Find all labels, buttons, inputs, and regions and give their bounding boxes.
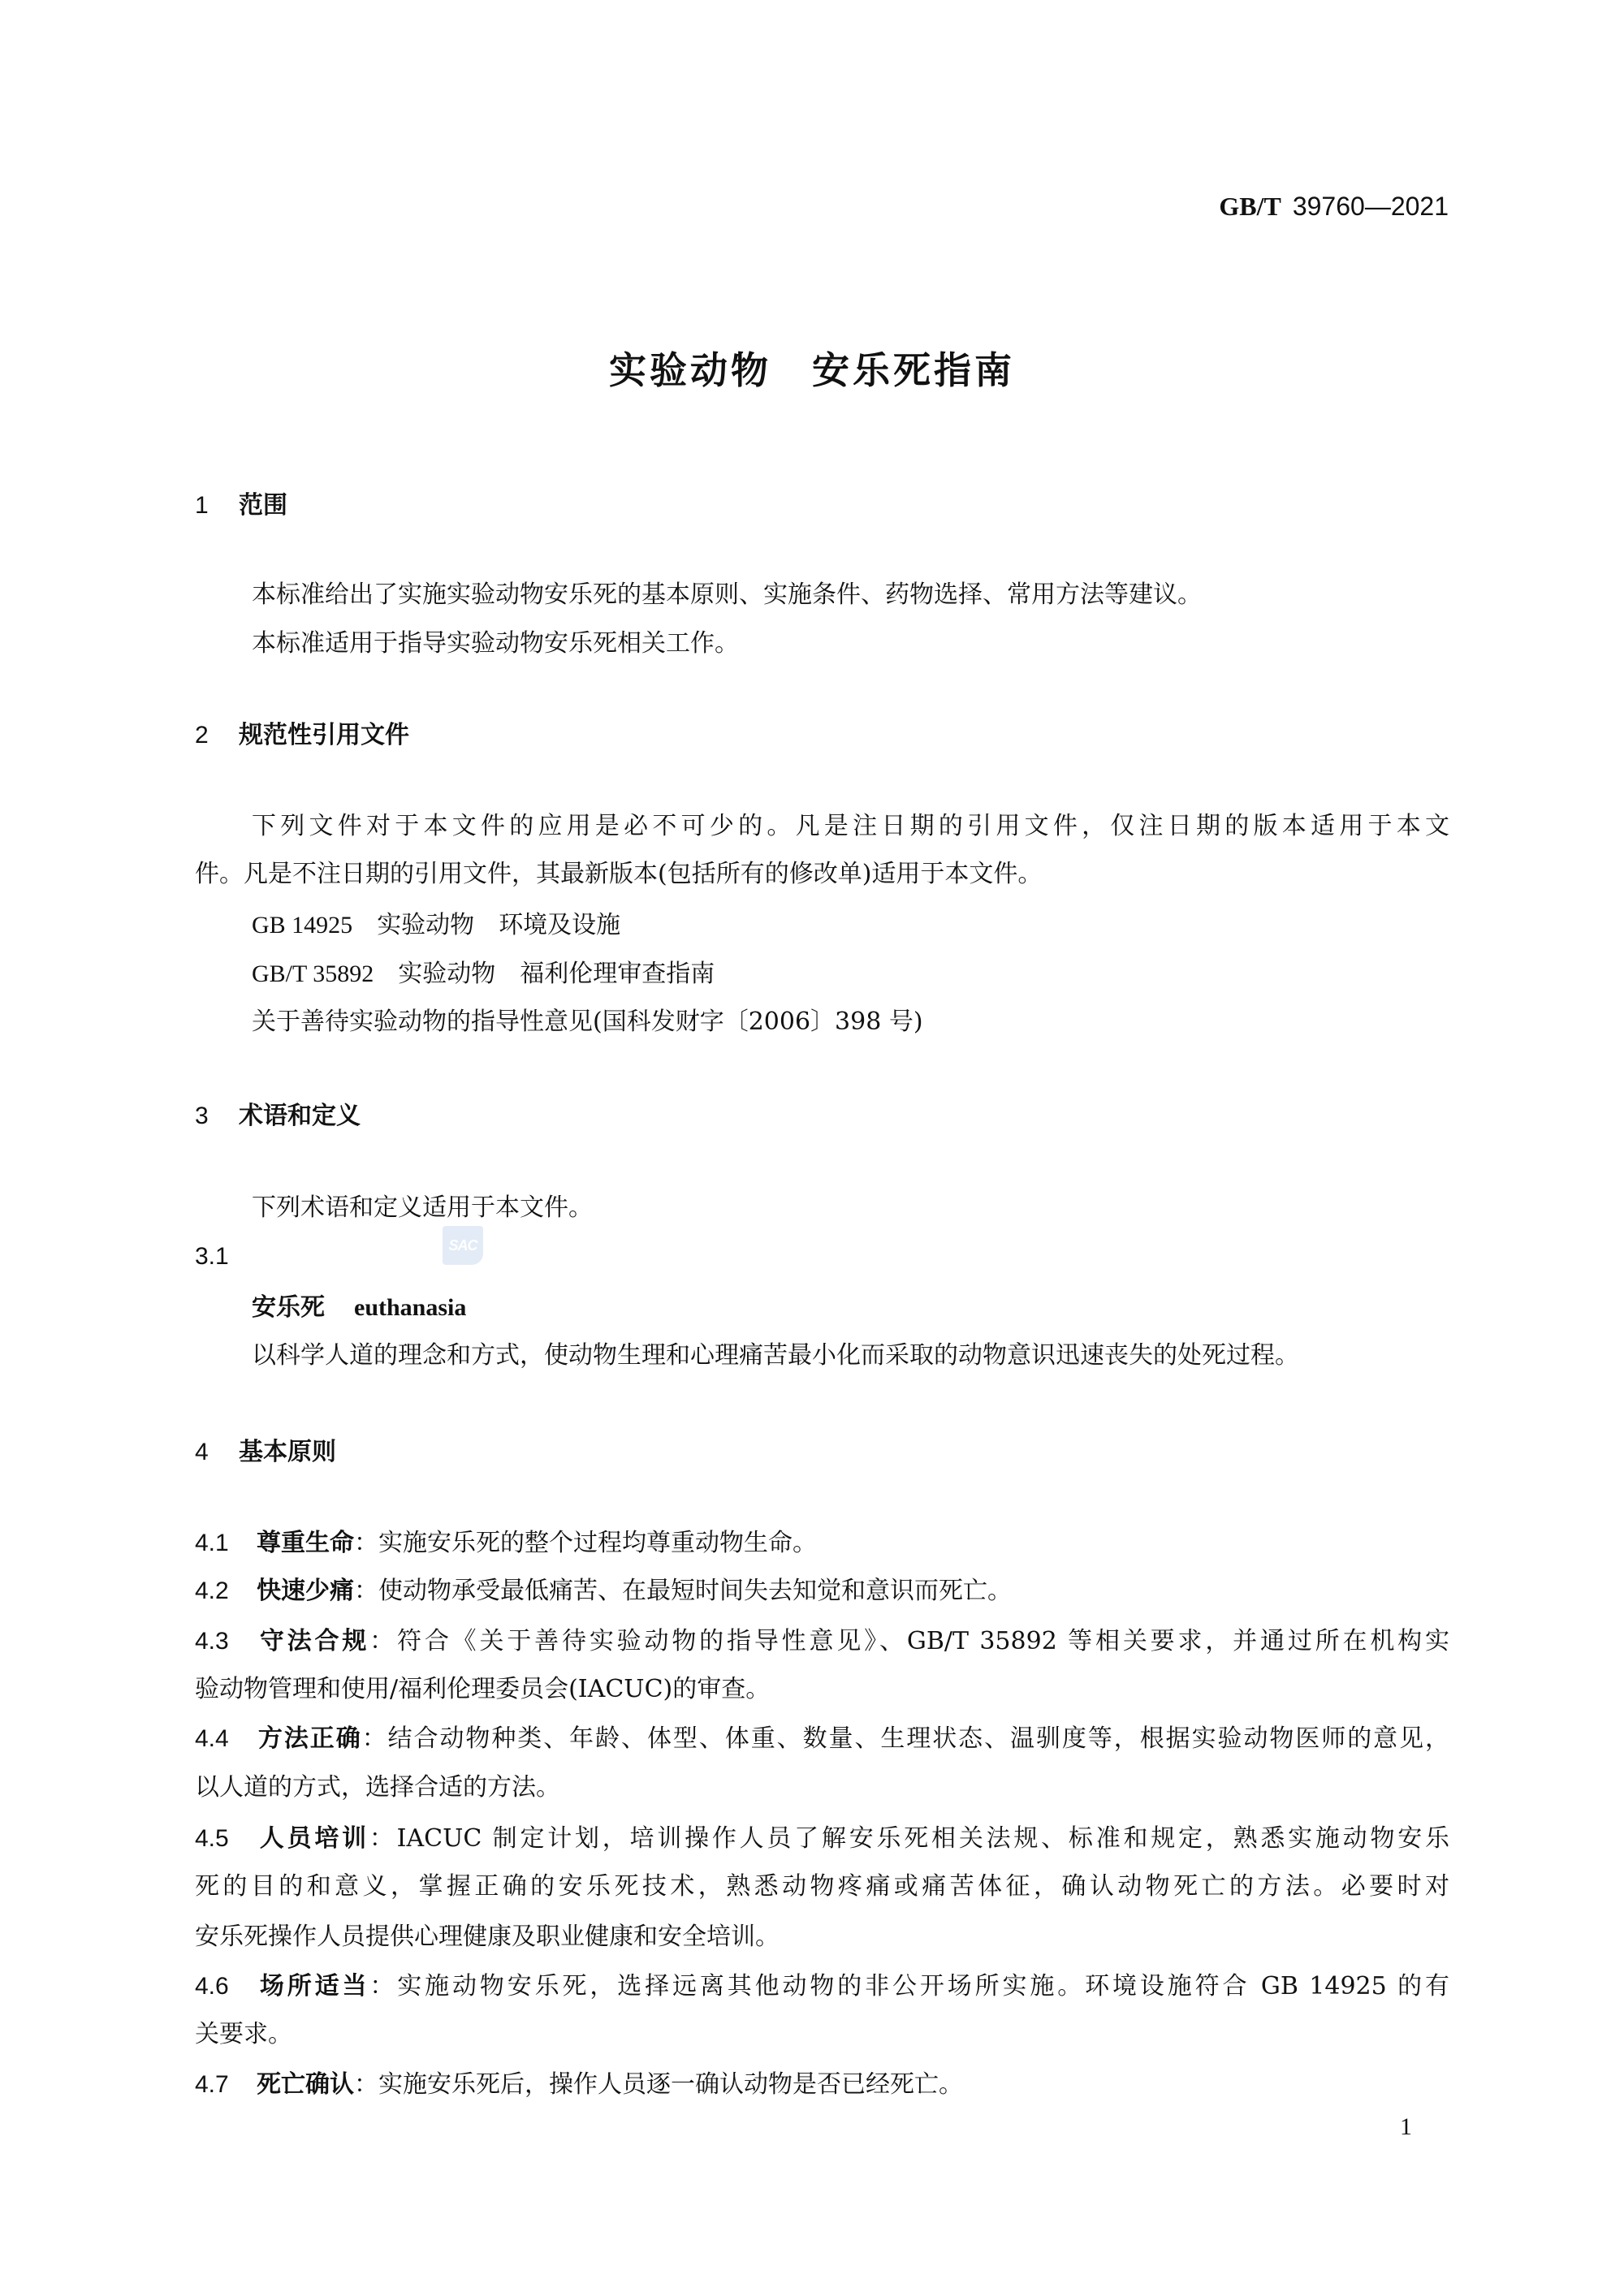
section-3-heading: 3术语和定义 <box>195 1100 361 1133</box>
clause-4-4: 4.4方法正确：结合动物种类、年龄、体型、体重、数量、生理状态、温驯度等，根据实… <box>195 1723 1449 1755</box>
clause-continuation: 关要求。 <box>195 2018 1449 2051</box>
title-part-2: 安乐死指南 <box>812 348 1015 392</box>
page-number: 1 <box>1400 2113 1412 2141</box>
standard-number: 39760—2021 <box>1293 192 1449 221</box>
clause-4-2: 4.2快速少痛：使动物承受最低痛苦、在最短时间失去知觉和意识而死亡。 <box>195 1575 1449 1608</box>
clause-continuation: 验动物管理和使用/福利伦理委员会(IACUC)的审查。 <box>195 1673 1449 1706</box>
paragraph: 本标准适用于指导实验动物安乐死相关工作。 <box>252 628 1449 660</box>
paragraph: 下列术语和定义适用于本文件。 <box>252 1192 1449 1224</box>
standard-code: GB/T39760—2021 <box>1219 192 1449 222</box>
clause-4-1: 4.1尊重生命：实施安乐死的整个过程均尊重动物生命。 <box>195 1527 1449 1560</box>
paragraph: 本标准给出了实施实验动物安乐死的基本原则、实施条件、药物选择、常用方法等建议。 <box>252 579 1449 611</box>
clause-continuation: 安乐死操作人员提供心理健康及职业健康和安全培训。 <box>195 1921 1449 1953</box>
clause-4-5: 4.5人员培训：IACUC 制定计划，培训操作人员了解安乐死相关法规、标准和规定… <box>195 1823 1449 1855</box>
document-title: 实验动物安乐死指南 <box>0 341 1624 395</box>
title-part-1: 实验动物 <box>609 348 771 392</box>
clause-continuation: 以人道的方式，选择合适的方法。 <box>195 1772 1449 1804</box>
section-2-heading: 2规范性引用文件 <box>195 719 409 752</box>
clause-4-6: 4.6场所适当：实施动物安乐死，选择远离其他动物的非公开场所实施。环境设施符合 … <box>195 1970 1449 2003</box>
paragraph: 件。凡是不注日期的引用文件，其最新版本(包括所有的修改单)适用于本文件。 <box>195 858 1449 891</box>
paragraph: 下列文件对于本文件的应用是必不可少的。凡是注日期的引用文件，仅注日期的版本适用于… <box>252 810 1449 843</box>
clause-continuation: 死的目的和意义，掌握正确的安乐死技术，熟悉动物疼痛或痛苦体征，确认动物死亡的方法… <box>195 1871 1449 1903</box>
section-4-heading: 4基本原则 <box>195 1436 336 1469</box>
reference-item: 关于善待实验动物的指导性意见(国科发财字〔2006〕398 号) <box>252 1006 1449 1038</box>
clause-4-3: 4.3守法合规：符合《关于善待实验动物的指导性意见》、GB/T 35892 等相… <box>195 1625 1449 1658</box>
term-definition: 以科学人道的理念和方式，使动物生理和心理痛苦最小化而采取的动物意识迅速丧失的处死… <box>252 1340 1449 1372</box>
term-heading: 安乐死euthanasia <box>252 1292 1449 1324</box>
clause-4-7: 4.7死亡确认：实施安乐死后，操作人员逐一确认动物是否已经死亡。 <box>195 2069 1449 2101</box>
standard-prefix: GB/T <box>1219 192 1281 221</box>
section-1-heading: 1范围 <box>195 490 287 522</box>
reference-item: GB 14925实验动物环境及设施 <box>252 909 1449 942</box>
term-number: 3.1 <box>195 1241 1449 1273</box>
reference-item: GB/T 35892实验动物福利伦理审查指南 <box>252 958 1449 990</box>
